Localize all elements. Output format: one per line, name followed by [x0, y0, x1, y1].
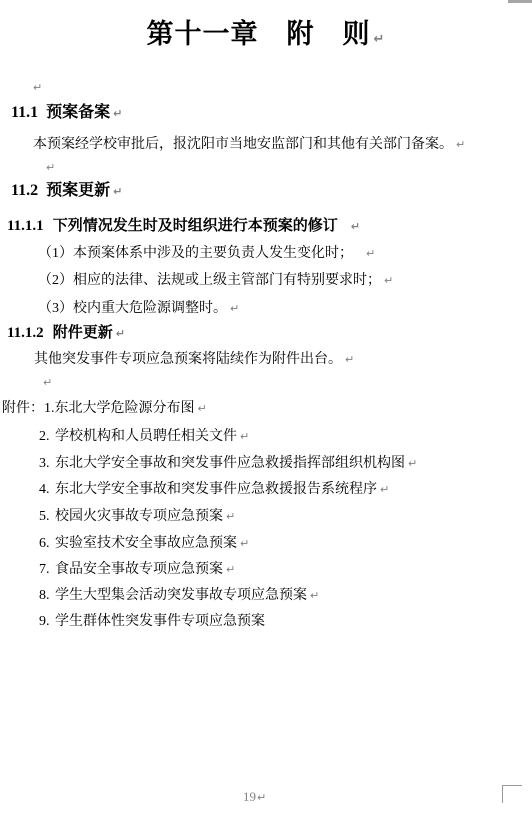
attachments-row-1: 附件：1.东北大学危险源分布图↵ [2, 400, 207, 418]
attachment-text: 东北大学安全事故和突发事件应急救援报告系统程序 [55, 482, 377, 497]
list-item-text: （3）校内重大危险源调整时。 [38, 301, 227, 316]
attachments-row-7: 7.食品安全事故专项应急预案↵ [39, 561, 235, 579]
paragraph-mark-icon: ↵ [226, 510, 235, 523]
attachments-row-4: 4.东北大学安全事故和突发事件应急救援报告系统程序↵ [39, 481, 389, 499]
attachments-row-9: 9.学生群体性突发事件专项应急预案 [39, 613, 265, 631]
section-label: 预案更新 [46, 182, 110, 199]
paragraph-text: 本预案经学校审批后，报沈阳市当地安监部门和其他有关部门备案。 [33, 137, 453, 152]
paragraph-mark-icon: ↵ [408, 457, 417, 470]
paragraph-mark-icon: ↵ [230, 302, 239, 315]
attachments-row-2: 2.学校机构和人员聘任相关文件↵ [39, 428, 249, 446]
attachment-text: 实验室技术安全事故应急预案 [55, 536, 237, 551]
subsection-label: 下列情况发生时及时组织进行本预案的修订 [53, 217, 338, 234]
section-number: 11.1 [11, 104, 38, 121]
attachment-number: 4. [39, 481, 55, 499]
list-item: （2）相应的法律、法规或上级主管部门有特别要求时；↵ [38, 272, 393, 290]
paragraph-mark-icon: ↵ [310, 589, 319, 602]
attachment-text: 校园火灾事故专项应急预案 [55, 509, 223, 524]
paragraph-mark-icon: ↵ [43, 376, 52, 389]
paragraph-attachment-update: 其他突发事件专项应急预案将陆续作为附件出台。↵ [34, 351, 354, 369]
paragraph-mark-icon: ↵ [380, 483, 389, 496]
list-item-text: （1）本预案体系中涉及的主要负责人发生变化时； [38, 246, 353, 261]
paragraph-mark-icon: ↵ [257, 791, 266, 804]
page-number-text: 19 [243, 789, 256, 804]
attachments-row-3: 3.东北大学安全事故和突发事件应急救援指挥部组织机构图↵ [39, 455, 417, 473]
chapter-title: 第十一章 附 则↵ [0, 18, 532, 52]
section-heading-11-1: 11.1预案备案↵ [11, 103, 122, 123]
paragraph-mark-icon: ↵ [116, 327, 125, 340]
attachment-text: 学生群体性突发事件专项应急预案 [55, 614, 265, 629]
paragraph-mark-icon: ↵ [226, 563, 235, 576]
section-number: 11.2 [11, 182, 38, 199]
list-item: （1）本预案体系中涉及的主要负责人发生变化时；↵ [38, 245, 375, 263]
paragraph-mark-icon: ↵ [198, 402, 207, 415]
paragraph-mark-icon: ↵ [113, 185, 122, 198]
subsection-number: 11.1.1 [7, 218, 44, 234]
document-page: 第十一章 附 则↵ ↵ 11.1预案备案↵ 本预案经学校审批后，报沈阳市当地安监… [0, 0, 532, 813]
attachment-text: 学校机构和人员聘任相关文件 [55, 429, 237, 444]
attachment-number: 7. [39, 561, 55, 579]
attachment-text: 东北大学安全事故和突发事件应急救援指挥部组织机构图 [55, 456, 405, 471]
paragraph-mark-icon: ↵ [366, 247, 375, 260]
attachment-text: 东北大学危险源分布图 [55, 401, 195, 416]
paragraph-mark-icon: ↵ [456, 138, 465, 151]
paragraph-text: 其他突发事件专项应急预案将陆续作为附件出台。 [34, 352, 342, 367]
paragraph-mark-icon: ↵ [374, 32, 386, 47]
paragraph-mark-icon: ↵ [240, 430, 249, 443]
section-label: 预案备案 [46, 104, 110, 121]
attachment-number: 6. [39, 535, 55, 553]
attachment-number: 9. [39, 613, 55, 631]
paragraph-mark-icon: ↵ [351, 220, 360, 233]
attachment-number: 2. [39, 428, 55, 446]
paragraph-mark-icon: ↵ [384, 274, 393, 287]
page-number: 19↵ [243, 789, 266, 805]
attachment-text: 学生大型集会活动突发事故专项应急预案 [55, 588, 307, 603]
empty-paragraph: ↵ [33, 79, 42, 97]
chapter-title-text: 第十一章 附 则 [147, 19, 371, 49]
subsection-heading-11-1-2: 11.1.2附件更新↵ [7, 324, 125, 343]
empty-paragraph: ↵ [46, 159, 55, 177]
paragraph-mark-icon: ↵ [46, 161, 55, 174]
attachment-number: 8. [39, 587, 55, 605]
attachment-text: 食品安全事故专项应急预案 [55, 562, 223, 577]
attachment-number: 3. [39, 455, 55, 473]
attachments-label: 附件： [2, 401, 44, 416]
subsection-label: 附件更新 [53, 324, 113, 341]
attachments-row-5: 5.校园火灾事故专项应急预案↵ [39, 508, 235, 526]
section-heading-11-2: 11.2预案更新↵ [11, 181, 122, 201]
paragraph-mark-icon: ↵ [345, 353, 354, 366]
attachment-number: 1. [44, 401, 55, 416]
empty-paragraph: ↵ [43, 374, 52, 392]
paragraph-filing: 本预案经学校审批后，报沈阳市当地安监部门和其他有关部门备案。↵ [33, 136, 465, 154]
attachments-row-8: 8.学生大型集会活动突发事故专项应急预案↵ [39, 587, 319, 605]
paragraph-mark-icon: ↵ [33, 81, 42, 94]
subsection-heading-11-1-1: 11.1.1下列情况发生时及时组织进行本预案的修订↵ [7, 217, 360, 236]
list-item: （3）校内重大危险源调整时。↵ [38, 300, 239, 318]
paragraph-mark-icon: ↵ [113, 107, 122, 120]
window-edge-fragment [508, 0, 532, 3]
paragraph-mark-icon: ↵ [240, 537, 249, 550]
attachments-row-6: 6.实验室技术安全事故应急预案↵ [39, 535, 249, 553]
subsection-number: 11.1.2 [7, 325, 44, 341]
margin-corner-mark [502, 785, 522, 803]
list-item-text: （2）相应的法律、法规或上级主管部门有特别要求时； [38, 273, 381, 288]
attachment-number: 5. [39, 508, 55, 526]
